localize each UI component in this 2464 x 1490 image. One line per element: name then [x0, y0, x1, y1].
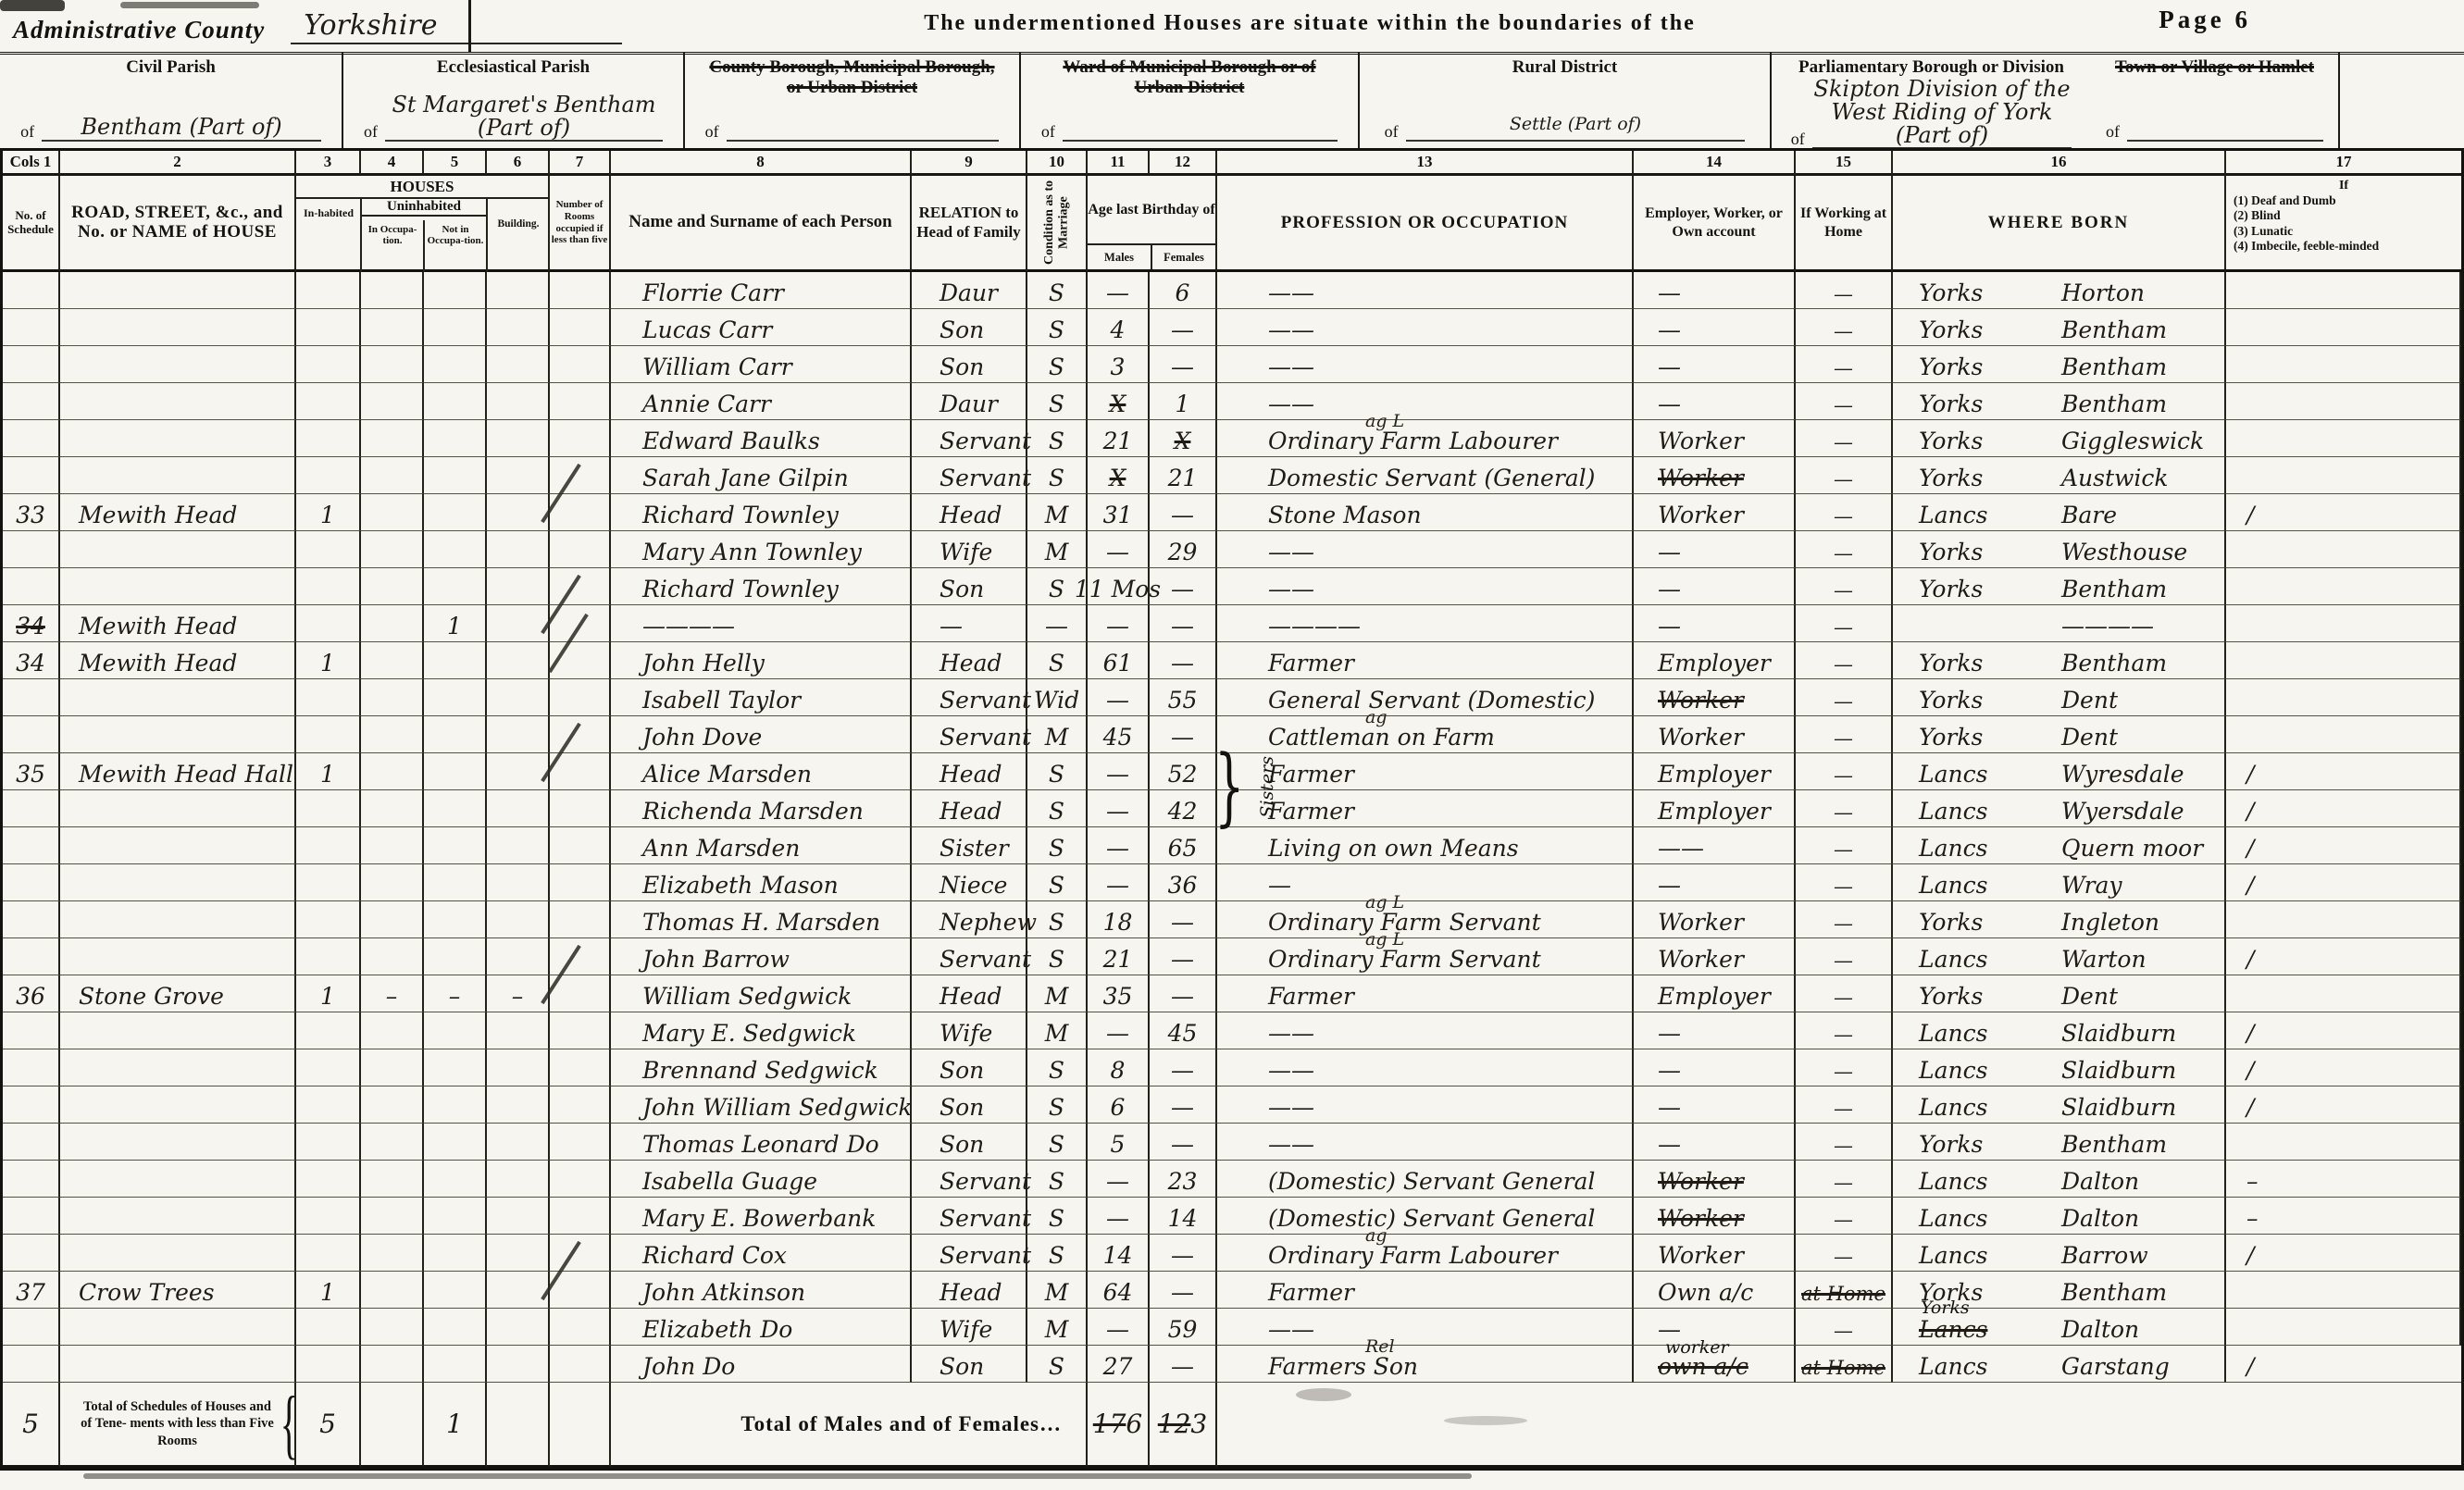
cell-condition: S [1027, 790, 1088, 827]
born-county: Yorks [1893, 577, 2048, 604]
cell-schedule-number [3, 679, 60, 716]
cell-schedule-number: 34 [3, 642, 60, 679]
cell-inhabited [296, 790, 361, 827]
occupation-annotation: ag [1365, 707, 1388, 727]
cell-occupation: —— [1217, 1049, 1634, 1086]
born-place: Bentham [2048, 1281, 2224, 1308]
cell-building [487, 1086, 550, 1124]
cell-working-at-home: — [1796, 1049, 1893, 1086]
cell-schedule-number [3, 272, 60, 309]
cell-uninhabited-not-in-occupation [424, 1235, 487, 1272]
cell-building [487, 753, 550, 790]
district-box-value: Bentham (Part of) [42, 116, 321, 142]
cell-condition: S [1027, 1124, 1088, 1161]
cell-uninhabited-in-occupation [361, 642, 424, 679]
occupation-annotation: ag [1365, 1225, 1388, 1246]
cell-relation: Son [912, 1124, 1027, 1161]
cell-uninhabited-not-in-occupation [424, 457, 487, 494]
cell-building [487, 568, 550, 605]
cell-condition: M [1027, 975, 1088, 1012]
cell-house-name [60, 420, 296, 457]
col-number: 6 [487, 151, 550, 176]
cell-age-female: — [1150, 1346, 1217, 1383]
total-males-correction: 6 [1126, 1409, 1142, 1439]
total-males: 176 [1088, 1383, 1150, 1468]
district-box-entry: of [705, 116, 1000, 142]
cell-house-name [60, 1235, 296, 1272]
cell-schedule-number [3, 1309, 60, 1346]
cell-person-name: John Dove [611, 716, 912, 753]
cell-uninhabited-in-occupation [361, 1161, 424, 1198]
cell-house-name [60, 346, 296, 383]
district-box-entry: of St Margaret's Bentham (Part of) [364, 93, 663, 142]
born-place: Wyersdale [2048, 800, 2224, 826]
born-place: Dalton [2048, 1318, 2224, 1345]
cell-schedule-number [3, 420, 60, 457]
cell-person-name: ———— [611, 605, 912, 642]
col-number: 4 [361, 151, 424, 176]
cell-uninhabited-in-occupation [361, 679, 424, 716]
cell-condition: S [1027, 1049, 1088, 1086]
cell-condition: S [1027, 346, 1088, 383]
cell-person-name: Richenda Marsden [611, 790, 912, 827]
cell-working-at-home: — [1796, 346, 1893, 383]
cell-where-born: Lancs Warton [1893, 938, 2226, 975]
header-where-born: WHERE BORN [1988, 213, 2130, 233]
cell-building [487, 457, 550, 494]
cell-schedule-number [3, 1235, 60, 1272]
cell-rooms [550, 531, 611, 568]
cell-infirmity [2226, 346, 2461, 383]
header-houses-group: HOUSES Uninhabited In-habited In Occupa-… [296, 176, 550, 272]
cell-where-born: Lancs Bare [1893, 494, 2226, 531]
cell-condition: S [1027, 309, 1088, 346]
cell-relation: Son [912, 568, 1027, 605]
scan-smudge [1296, 1388, 1351, 1401]
cell-uninhabited-not-in-occupation [424, 901, 487, 938]
cell-relation: Servant [912, 938, 1027, 975]
cell-house-name [60, 1049, 296, 1086]
cell-condition: S [1027, 864, 1088, 901]
header-profession: PROFESSION OR OCCUPATION [1281, 213, 1568, 233]
cell-where-born: Lancs Garstang [1893, 1346, 2226, 1383]
cell-condition: S [1027, 457, 1088, 494]
cell-rooms [550, 827, 611, 864]
cell-age-female: 45 [1150, 1012, 1217, 1049]
born-county: Yorks [1893, 429, 2048, 456]
cell-building [487, 827, 550, 864]
cell-employer-status: Worker [1634, 1198, 1796, 1235]
cell-person-name: Elizabeth Do [611, 1309, 912, 1346]
cell-occupation: —— [1217, 531, 1634, 568]
cell-age-male: — [1088, 1309, 1150, 1346]
cell-infirmity [2226, 1272, 2461, 1309]
born-place: Bentham [2048, 392, 2224, 419]
cell-schedule-number [3, 827, 60, 864]
col-number: 14 [1634, 151, 1796, 176]
born-place: Bentham [2048, 1133, 2224, 1160]
cell-schedule-number [3, 1086, 60, 1124]
cell-infirmity: / [2226, 864, 2461, 901]
cell-uninhabited-not-in-occupation [424, 827, 487, 864]
occupation-annotation: ag L [1365, 892, 1404, 913]
cell-working-at-home: — [1796, 975, 1893, 1012]
born-place: Bare [2048, 503, 2224, 530]
cell-house-name: Crow Trees [60, 1272, 296, 1309]
cell-employer-status: Worker [1634, 679, 1796, 716]
of-prefix: of [20, 122, 34, 142]
col-number: 8 [611, 151, 912, 176]
cell-infirmity: / [2226, 938, 2461, 975]
cell-inhabited [296, 864, 361, 901]
of-prefix: of [2106, 122, 2120, 142]
cell-building [487, 346, 550, 383]
born-county: Yorks [1893, 911, 2048, 937]
cell-house-name [60, 1309, 296, 1346]
cell-infirmity [2226, 605, 2461, 642]
administrative-county-value: Yorkshire [291, 9, 622, 44]
cell-employer-status: — [1634, 309, 1796, 346]
cell-inhabited [296, 420, 361, 457]
cell-rooms [550, 346, 611, 383]
cell-infirmity [2226, 457, 2461, 494]
cell-employer-status: — [1634, 346, 1796, 383]
cell-schedule-number [3, 1124, 60, 1161]
cell-rooms [550, 1124, 611, 1161]
cell-house-name: Mewith Head [60, 642, 296, 679]
cell-age-female: — [1150, 346, 1217, 383]
cell-schedule-number [3, 1198, 60, 1235]
cell-schedule-number [3, 346, 60, 383]
cell-rooms [550, 1049, 611, 1086]
cell-age-male: 14 [1088, 1235, 1150, 1272]
cell-inhabited [296, 827, 361, 864]
cell-where-born: Lancs Dalton [1893, 1198, 2226, 1235]
cell-working-at-home: — [1796, 568, 1893, 605]
header-houses: HOUSES [296, 178, 548, 199]
cell-inhabited: 1 [296, 642, 361, 679]
header-at-home: If Working at Home [1796, 205, 1891, 240]
cell-schedule-number [3, 383, 60, 420]
cell-working-at-home: — [1796, 1086, 1893, 1124]
cell-employer-status: Worker [1634, 1161, 1796, 1198]
cell-uninhabited-not-in-occupation [424, 1124, 487, 1161]
cell-relation: Son [912, 1049, 1027, 1086]
cell-person-name: Mary E. Sedgwick [611, 1012, 912, 1049]
header-infirmity-item: (3) Lunatic [2234, 224, 2293, 239]
cell-house-name [60, 716, 296, 753]
born-county: Yorks [1893, 466, 2048, 493]
cell-occupation: Farmer [1217, 1272, 1634, 1309]
born-place: Dent [2048, 689, 2224, 715]
cell-relation: Head [912, 494, 1027, 531]
cell-uninhabited-in-occupation [361, 864, 424, 901]
district-box-label: Town or Village or Hamlet [2091, 57, 2338, 78]
born-county: Yorks [1893, 689, 2048, 715]
cell-person-name: Richard Townley [611, 568, 912, 605]
cell-uninhabited-not-in-occupation [424, 272, 487, 309]
cell-building [487, 1309, 550, 1346]
cell-relation: Niece [912, 864, 1027, 901]
born-county: Lancs [1893, 874, 2048, 900]
cell-occupation: ———— [1217, 605, 1634, 642]
born-county-correction: Yorks [1921, 1298, 1970, 1318]
sisters-annotation: } Sisters [1202, 746, 1277, 827]
cell-age-female: — [1150, 1235, 1217, 1272]
cell-occupation: Living on own Means [1217, 827, 1634, 864]
total-schedules: 5 [22, 1409, 39, 1439]
cell-occupation: agOrdinary Farm Labourer [1217, 1235, 1634, 1272]
cell-inhabited [296, 1161, 361, 1198]
cell-where-born: Lancs Wray [1893, 864, 2226, 901]
cell-where-born: Lancs Wyresdale [1893, 753, 2226, 790]
cell-infirmity [2226, 975, 2461, 1012]
cell-building [487, 605, 550, 642]
cell-where-born: Yorks Horton [1893, 272, 2226, 309]
cell-condition: — [1027, 605, 1088, 642]
header-females: Females [1152, 245, 1215, 269]
cell-uninhabited-in-occupation [361, 346, 424, 383]
administrative-county-label: Administrative County [13, 16, 265, 44]
cell-working-at-home: — [1796, 383, 1893, 420]
cell-age-male: X [1088, 383, 1150, 420]
cell-where-born: Yorks Giggleswick [1893, 420, 2226, 457]
cell-occupation: Farmer [1217, 790, 1634, 827]
cell-uninhabited-not-in-occupation [424, 1198, 487, 1235]
cell-relation: Daur [912, 383, 1027, 420]
cell-infirmity: / [2226, 827, 2461, 864]
total-females-correction: 3 [1190, 1409, 1207, 1439]
cell-relation: Wife [912, 1309, 1027, 1346]
col-number: 13 [1217, 151, 1634, 176]
cell-employer-status: — [1634, 1049, 1796, 1086]
cell-inhabited [296, 716, 361, 753]
born-county: Yorks [1893, 281, 2048, 308]
cell-working-at-home: — [1796, 642, 1893, 679]
cell-building [487, 420, 550, 457]
cell-condition: S [1027, 1235, 1088, 1272]
cell-building [487, 901, 550, 938]
cell-where-born: Lancs Quern moor [1893, 827, 2226, 864]
cell-schedule-number: 33 [3, 494, 60, 531]
cell-age-female: 14 [1150, 1198, 1217, 1235]
cell-relation: Son [912, 1346, 1027, 1383]
header-schedule: No. of Schedule [3, 209, 58, 237]
cell-person-name: Annie Carr [611, 383, 912, 420]
district-box-value [2127, 116, 2323, 142]
cell-rooms [550, 494, 611, 531]
cell-house-name: Mewith Head Hall [60, 753, 296, 790]
cell-age-male: 3 [1088, 346, 1150, 383]
cell-house-name [60, 864, 296, 901]
cell-relation: Son [912, 346, 1027, 383]
cell-rooms [550, 1012, 611, 1049]
cell-inhabited [296, 1198, 361, 1235]
cell-inhabited [296, 457, 361, 494]
col-number: 7 [550, 151, 611, 176]
district-box-label: Ecclesiastical Parish [413, 57, 614, 78]
district-box: Civil Parish of Bentham (Part of) [0, 52, 343, 148]
cell-inhabited [296, 383, 361, 420]
top-header-band: Administrative County Yorkshire The unde… [0, 0, 2464, 55]
cell-employer-status: — [1634, 864, 1796, 901]
cell-relation: Servant [912, 1198, 1027, 1235]
cell-age-male: 5 [1088, 1124, 1150, 1161]
cell-building [487, 309, 550, 346]
cell-schedule-number [3, 1049, 60, 1086]
header-in-occupation: In Occupa-tion. [361, 224, 424, 246]
cell-inhabited [296, 901, 361, 938]
cell-uninhabited-not-in-occupation [424, 531, 487, 568]
cell-building [487, 1272, 550, 1309]
cell-working-at-home: — [1796, 716, 1893, 753]
cell-uninhabited-in-occupation [361, 827, 424, 864]
cell-uninhabited-in-occupation [361, 716, 424, 753]
cell-age-male: — [1088, 864, 1150, 901]
cell-occupation: (Domestic) Servant General [1217, 1198, 1634, 1235]
cell-rooms [550, 938, 611, 975]
cell-age-female: 59 [1150, 1309, 1217, 1346]
cell-where-born: Yorks Bentham [1893, 1124, 2226, 1161]
cell-working-at-home: — [1796, 679, 1893, 716]
cell-schedule-number: 37 [3, 1272, 60, 1309]
cell-relation: Head [912, 642, 1027, 679]
cell-rooms [550, 1235, 611, 1272]
cell-rooms [550, 716, 611, 753]
header-infirmity: If (1) Deaf and Dumb (2) Blind (3) Lunat… [2226, 176, 2461, 272]
cell-infirmity: / [2226, 1012, 2461, 1049]
cell-uninhabited-not-in-occupation [424, 642, 487, 679]
born-place: Dent [2048, 985, 2224, 1012]
cell-uninhabited-not-in-occupation: 1 [424, 605, 487, 642]
cell-person-name: Elizabeth Mason [611, 864, 912, 901]
born-place: Quern moor [2048, 837, 2224, 863]
cell-where-born: Yorks Bentham [1893, 346, 2226, 383]
cell-age-male: 35 [1088, 975, 1150, 1012]
cell-uninhabited-in-occupation [361, 1235, 424, 1272]
born-county: Lancs [1893, 1207, 2048, 1234]
header-employer: Employer, Worker, or Own account [1634, 205, 1794, 240]
cell-uninhabited-in-occupation [361, 1124, 424, 1161]
cell-building [487, 383, 550, 420]
header-uninhabited: Uninhabited [361, 199, 487, 217]
cell-occupation: —— [1217, 1012, 1634, 1049]
cell-house-name [60, 568, 296, 605]
cell-uninhabited-not-in-occupation [424, 346, 487, 383]
header-infirmity-item: (4) Imbecile, feeble-minded [2234, 239, 2379, 254]
cell-uninhabited-in-occupation [361, 272, 424, 309]
cell-person-name: Edward Baulks [611, 420, 912, 457]
born-county: Lancs [1893, 1244, 2048, 1271]
cell-employer-status: —— [1634, 827, 1796, 864]
cell-where-born: Lancs Slaidburn [1893, 1049, 2226, 1086]
cell-inhabited [296, 1309, 361, 1346]
col-number: 11 [1088, 151, 1150, 176]
cell-infirmity [2226, 309, 2461, 346]
cell-occupation: —— [1217, 272, 1634, 309]
cell-uninhabited-in-occupation: – [361, 975, 424, 1012]
cell-condition: S [1027, 1161, 1088, 1198]
born-county: Lancs [1893, 763, 2048, 789]
cell-infirmity [2226, 1124, 2461, 1161]
header-road: ROAD, STREET, &c., and No. or NAME of HO… [60, 204, 294, 242]
col-number: 16 [1893, 151, 2226, 176]
cell-uninhabited-not-in-occupation [424, 1346, 487, 1383]
born-county: Yorks [1893, 985, 2048, 1012]
cell-house-name [60, 1012, 296, 1049]
cell-person-name: John Helly [611, 642, 912, 679]
cell-uninhabited-in-occupation [361, 1272, 424, 1309]
born-county: Yorks [1893, 540, 2048, 567]
cell-schedule-number [3, 1161, 60, 1198]
cell-where-born: Yorks Dent [1893, 975, 2226, 1012]
cell-working-at-home: — [1796, 272, 1893, 309]
cell-relation: Head [912, 975, 1027, 1012]
cell-schedule-number [3, 531, 60, 568]
cell-infirmity: – [2226, 1161, 2461, 1198]
born-county: Lancs [1893, 1355, 2048, 1382]
cell-rooms [550, 1309, 611, 1346]
born-county: Yorks [1893, 355, 2048, 382]
cell-age-female: — [1150, 901, 1217, 938]
born-county: Yorks [1893, 392, 2048, 419]
cell-uninhabited-not-in-occupation [424, 938, 487, 975]
cell-relation: Servant [912, 457, 1027, 494]
born-place: Dalton [2048, 1170, 2224, 1197]
born-place: Austwick [2048, 466, 2224, 493]
cell-condition: M [1027, 531, 1088, 568]
cell-infirmity: / [2226, 1086, 2461, 1124]
district-box-label: County Borough, Municipal Borough, or Ur… [685, 57, 1019, 98]
col-number: 3 [296, 151, 361, 176]
born-place: Bentham [2048, 652, 2224, 678]
totals-left-label: Total of Schedules of Houses and of Tene… [60, 1398, 294, 1448]
cell-inhabited: 1 [296, 975, 361, 1012]
born-place: Barrow [2048, 1244, 2224, 1271]
cell-employer-status: Worker [1634, 494, 1796, 531]
district-box: Ward of Municipal Borough or of Urban Di… [1021, 52, 1360, 148]
cell-occupation: ag LOrdinary Farm Servant [1217, 938, 1634, 975]
cell-house-name [60, 1346, 296, 1383]
cell-working-at-home: at Home [1796, 1346, 1893, 1383]
cell-relation: Wife [912, 531, 1027, 568]
of-prefix: of [364, 122, 378, 142]
cell-inhabited [296, 309, 361, 346]
col-number: 2 [60, 151, 296, 176]
cell-age-male: 21 [1088, 938, 1150, 975]
cell-occupation: Domestic Servant (General) [1217, 457, 1634, 494]
born-place: ———— [2048, 615, 2224, 641]
district-box-label: Ward of Municipal Borough or of Urban Di… [1021, 57, 1358, 98]
cell-age-female: — [1150, 1124, 1217, 1161]
cell-relation: Servant [912, 679, 1027, 716]
cell-rooms [550, 383, 611, 420]
cell-person-name: Mary E. Bowerbank [611, 1198, 912, 1235]
header-infirmity-title: If [2234, 179, 2454, 193]
cell-working-at-home: — [1796, 494, 1893, 531]
cell-uninhabited-not-in-occupation [424, 568, 487, 605]
cell-building [487, 1049, 550, 1086]
district-box-value: St Margaret's Bentham (Part of) [385, 93, 663, 142]
cell-uninhabited-not-in-occupation [424, 383, 487, 420]
cell-building [487, 1161, 550, 1198]
cell-person-name: John Atkinson [611, 1272, 912, 1309]
cell-occupation: RelFarmers Son [1217, 1346, 1634, 1383]
cell-age-male: 64 [1088, 1272, 1150, 1309]
header-rooms: Number of Rooms occupied if less than fi… [550, 199, 609, 246]
cell-inhabited [296, 568, 361, 605]
cell-age-female: — [1150, 309, 1217, 346]
